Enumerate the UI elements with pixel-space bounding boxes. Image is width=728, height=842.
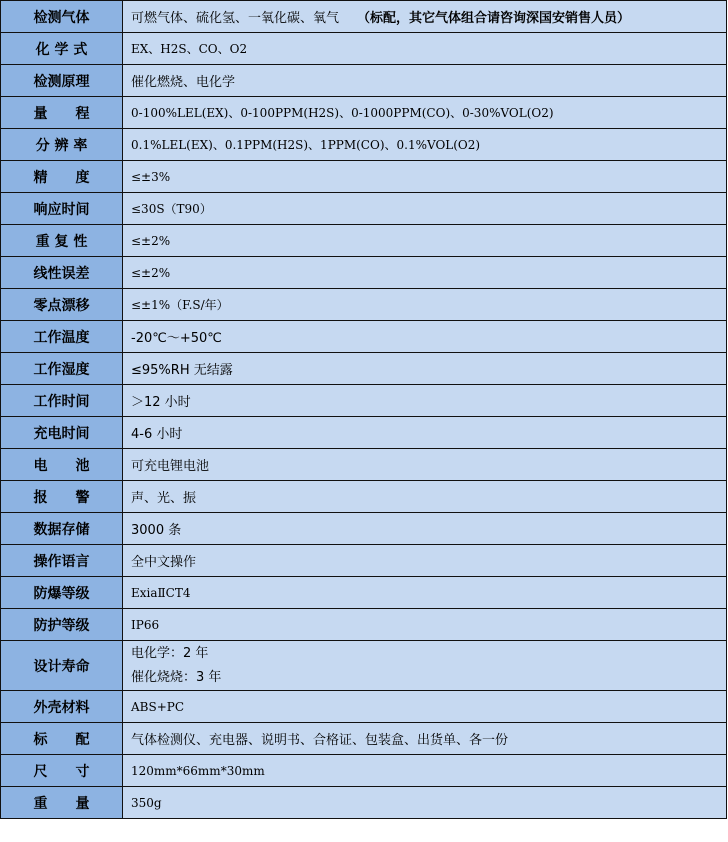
table-row: 分 辨 率 0.1%LEL(EX)、0.1PPM(H2S)、1PPM(CO)、0… — [1, 129, 727, 161]
row-label: 检测原理 — [1, 65, 123, 97]
table-row: 防爆等级 ExiaⅡCT4 — [1, 577, 727, 609]
row-value: 可燃气体、硫化氢、一氧化碳、氧气（标配，其它气体组合请咨询深国安销售人员） — [123, 1, 727, 33]
table-row: 尺 寸 120mm*66mm*30mm — [1, 755, 727, 787]
row-label: 充电时间 — [1, 417, 123, 449]
row-label: 数据存储 — [1, 513, 123, 545]
row-value: 声、光、振 — [123, 481, 727, 513]
table-row: 精 度 ≤±3% — [1, 161, 727, 193]
row-label: 重 量 — [1, 787, 123, 819]
table-row: 线性误差 ≤±2% — [1, 257, 727, 289]
table-row: 零点漂移 ≤±1%（F.S/年） — [1, 289, 727, 321]
value-note: （标配，其它气体组合请咨询深国安销售人员） — [357, 11, 630, 26]
table-row: 重 复 性 ≤±2% — [1, 225, 727, 257]
row-label: 报 警 — [1, 481, 123, 513]
row-label: 分 辨 率 — [1, 129, 123, 161]
table-row: 工作时间 ＞12 小时 — [1, 385, 727, 417]
row-label: 外壳材料 — [1, 691, 123, 723]
row-value: 电化学：2 年 催化烧烧：3 年 — [123, 641, 727, 691]
row-value: ≤±2% — [123, 257, 727, 289]
row-value: ＞12 小时 — [123, 385, 727, 417]
table-row: 数据存储 3000 条 — [1, 513, 727, 545]
row-value: IP66 — [123, 609, 727, 641]
row-label: 防爆等级 — [1, 577, 123, 609]
row-value: -20℃～+50℃ — [123, 321, 727, 353]
row-label: 标 配 — [1, 723, 123, 755]
table-row: 响应时间 ≤30S（T90） — [1, 193, 727, 225]
row-label: 操作语言 — [1, 545, 123, 577]
row-label: 检测气体 — [1, 1, 123, 33]
row-value: ExiaⅡCT4 — [123, 577, 727, 609]
table-row: 工作温度 -20℃～+50℃ — [1, 321, 727, 353]
row-value: ABS+PC — [123, 691, 727, 723]
row-label: 重 复 性 — [1, 225, 123, 257]
row-value: ≤±1%（F.S/年） — [123, 289, 727, 321]
row-value: EX、H2S、CO、O2 — [123, 33, 727, 65]
row-value: ≤30S（T90） — [123, 193, 727, 225]
row-label: 化 学 式 — [1, 33, 123, 65]
row-label: 响应时间 — [1, 193, 123, 225]
value-line: 催化烧烧：3 年 — [131, 666, 718, 690]
table-row: 量 程 0-100%LEL(EX)、0-100PPM(H2S)、0-1000PP… — [1, 97, 727, 129]
row-label: 精 度 — [1, 161, 123, 193]
table-row: 重 量 350g — [1, 787, 727, 819]
row-value: 0-100%LEL(EX)、0-100PPM(H2S)、0-1000PPM(CO… — [123, 97, 727, 129]
row-label: 尺 寸 — [1, 755, 123, 787]
row-value: 0.1%LEL(EX)、0.1PPM(H2S)、1PPM(CO)、0.1%VOL… — [123, 129, 727, 161]
table-row: 充电时间 4-6 小时 — [1, 417, 727, 449]
row-label: 工作时间 — [1, 385, 123, 417]
value-text: 可燃气体、硫化氢、一氧化碳、氧气 — [131, 11, 339, 26]
row-label: 零点漂移 — [1, 289, 123, 321]
table-row: 化 学 式 EX、H2S、CO、O2 — [1, 33, 727, 65]
table-row: 检测气体 可燃气体、硫化氢、一氧化碳、氧气（标配，其它气体组合请咨询深国安销售人… — [1, 1, 727, 33]
row-label: 防护等级 — [1, 609, 123, 641]
table-row: 标 配 气体检测仪、充电器、说明书、合格证、包装盒、出货单、各一份 — [1, 723, 727, 755]
table-row: 防护等级 IP66 — [1, 609, 727, 641]
row-value: 全中文操作 — [123, 545, 727, 577]
row-value: 120mm*66mm*30mm — [123, 755, 727, 787]
row-label: 线性误差 — [1, 257, 123, 289]
table-row: 检测原理 催化燃烧、电化学 — [1, 65, 727, 97]
table-row: 操作语言 全中文操作 — [1, 545, 727, 577]
row-value: 可充电锂电池 — [123, 449, 727, 481]
table-row: 工作湿度 ≤95%RH 无结露 — [1, 353, 727, 385]
table-row: 外壳材料 ABS+PC — [1, 691, 727, 723]
row-value: 3000 条 — [123, 513, 727, 545]
row-label: 工作温度 — [1, 321, 123, 353]
row-value: 气体检测仪、充电器、说明书、合格证、包装盒、出货单、各一份 — [123, 723, 727, 755]
row-value: 4-6 小时 — [123, 417, 727, 449]
row-value: 350g — [123, 787, 727, 819]
row-label: 工作湿度 — [1, 353, 123, 385]
row-value: ≤±2% — [123, 225, 727, 257]
table-row: 设计寿命 电化学：2 年 催化烧烧：3 年 — [1, 641, 727, 691]
row-label: 设计寿命 — [1, 641, 123, 691]
row-label: 电 池 — [1, 449, 123, 481]
table-row: 报 警 声、光、振 — [1, 481, 727, 513]
row-label: 量 程 — [1, 97, 123, 129]
table-row: 电 池 可充电锂电池 — [1, 449, 727, 481]
value-line: 电化学：2 年 — [131, 642, 718, 666]
row-value: ≤95%RH 无结露 — [123, 353, 727, 385]
spec-table: 检测气体 可燃气体、硫化氢、一氧化碳、氧气（标配，其它气体组合请咨询深国安销售人… — [0, 0, 727, 819]
row-value: 催化燃烧、电化学 — [123, 65, 727, 97]
row-value: ≤±3% — [123, 161, 727, 193]
